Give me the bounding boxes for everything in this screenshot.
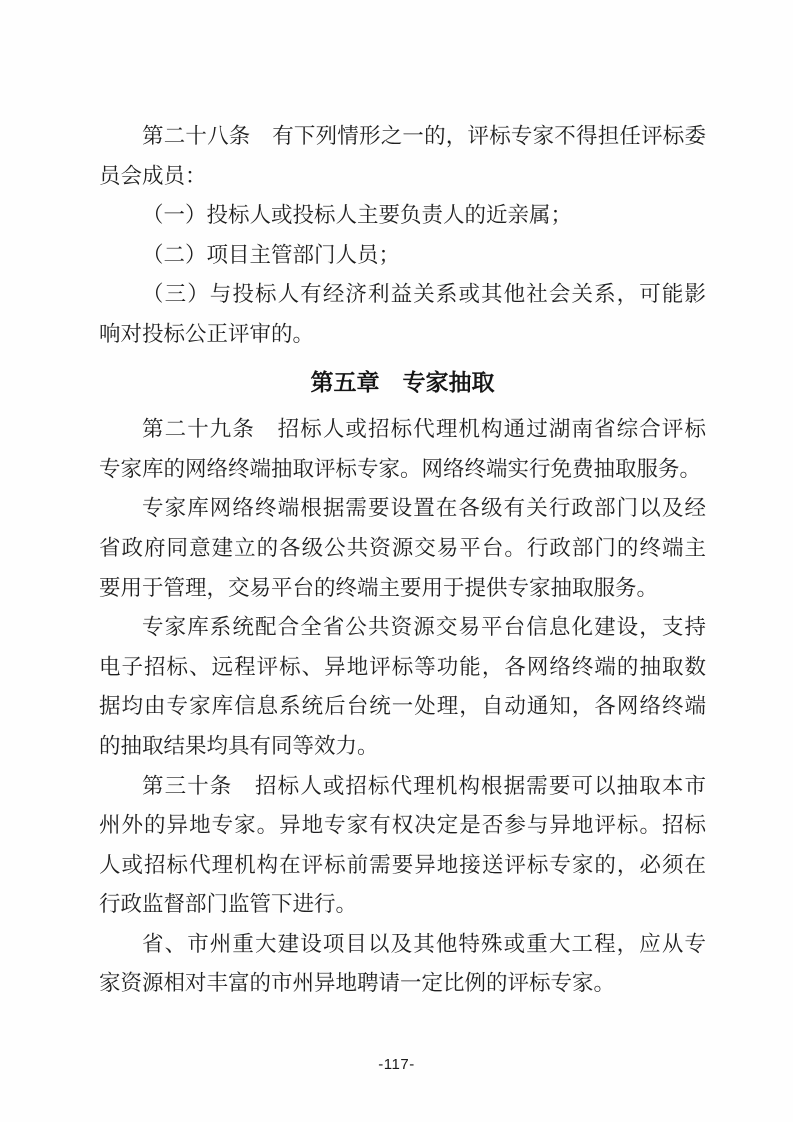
text-line: 第三十条 招标人或招标代理机构根据需要可以抽取本市: [99, 767, 706, 807]
text-line: 专家库系统配合全省公共资源交易平台信息化建设，支持: [99, 608, 706, 648]
article-29-paragraph-3: 专家库系统配合全省公共资源交易平台信息化建设，支持 电子招标、远程评标、异地评标…: [99, 608, 706, 766]
text-line: 州外的异地专家。异地专家有权决定是否参与异地评标。招标: [99, 806, 706, 846]
article-28-paragraph: 第二十八条 有下列情形之一的，评标专家不得担任评标委 员会成员：: [99, 117, 706, 196]
text-line: 据均由专家库信息系统后台统一处理，自动通知，各网络终端: [99, 687, 706, 727]
text-line: （二）项目主管部门人员；: [99, 236, 706, 276]
text-line: 行政监督部门监管下进行。: [99, 885, 706, 925]
page-content: 第二十八条 有下列情形之一的，评标专家不得担任评标委 员会成员： （一）投标人或…: [99, 117, 706, 1004]
text-line: （三）与投标人有经济利益关系或其他社会关系，可能影: [99, 275, 706, 315]
article-28-item-3: （三）与投标人有经济利益关系或其他社会关系，可能影 响对投标公正评审的。: [99, 275, 706, 354]
text-line: 响对投标公正评审的。: [99, 315, 706, 355]
text-line: 第二十八条 有下列情形之一的，评标专家不得担任评标委: [99, 117, 706, 157]
text-line: 人或招标代理机构在评标前需要异地接送评标专家的，必须在: [99, 846, 706, 886]
page-footer: -117-: [0, 1056, 793, 1074]
text-line: 员会成员：: [99, 157, 706, 197]
text-line: （一）投标人或投标人主要负责人的近亲属；: [99, 196, 706, 236]
document-page: 第二十八条 有下列情形之一的，评标专家不得担任评标委 员会成员： （一）投标人或…: [0, 0, 793, 1122]
text-line: 专家库网络终端根据需要设置在各级有关行政部门以及经: [99, 489, 706, 529]
article-28-item-1: （一）投标人或投标人主要负责人的近亲属；: [99, 196, 706, 236]
text-line: 的抽取结果均具有同等效力。: [99, 727, 706, 767]
article-29-paragraph-1: 第二十九条 招标人或招标代理机构通过湖南省综合评标 专家库的网络终端抽取评标专家…: [99, 410, 706, 489]
page-number: -117-: [378, 1056, 414, 1073]
article-29-paragraph-2: 专家库网络终端根据需要设置在各级有关行政部门以及经 省政府同意建立的各级公共资源…: [99, 489, 706, 608]
chapter-5-heading: 第五章 专家抽取: [99, 363, 706, 403]
article-30-paragraph-2: 省、市州重大建设项目以及其他特殊或重大工程，应从专 家资源相对丰富的市州异地聘请…: [99, 925, 706, 1004]
text-line: 专家库的网络终端抽取评标专家。网络终端实行免费抽取服务。: [99, 450, 706, 490]
text-line: 电子招标、远程评标、异地评标等功能，各网络终端的抽取数: [99, 648, 706, 688]
text-line: 要用于管理，交易平台的终端主要用于提供专家抽取服务。: [99, 569, 706, 609]
text-line: 第二十九条 招标人或招标代理机构通过湖南省综合评标: [99, 410, 706, 450]
text-line: 家资源相对丰富的市州异地聘请一定比例的评标专家。: [99, 964, 706, 1004]
article-28-item-2: （二）项目主管部门人员；: [99, 236, 706, 276]
text-line: 省、市州重大建设项目以及其他特殊或重大工程，应从专: [99, 925, 706, 965]
article-30-paragraph-1: 第三十条 招标人或招标代理机构根据需要可以抽取本市 州外的异地专家。异地专家有权…: [99, 767, 706, 925]
text-line: 省政府同意建立的各级公共资源交易平台。行政部门的终端主: [99, 529, 706, 569]
